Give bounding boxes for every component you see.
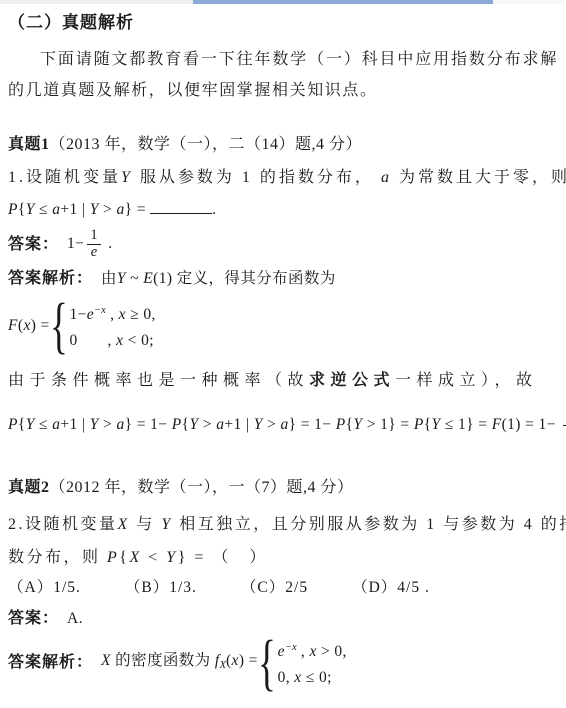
q2-option-b: （B）1/3.: [125, 577, 197, 599]
q1-dist-lhs: F(x) =: [8, 317, 50, 335]
q2-answer-value: A.: [67, 607, 83, 630]
top-edge-accent-bar: [193, 0, 493, 4]
left-brace-glyph: {: [258, 638, 276, 688]
q1-analysis-lead: 由Y ~ E(1) 定义，得其分布函数为: [101, 267, 336, 290]
q2-stem-line-1: 2.设随机变量X 与 Y 相互独立，且分别服从参数为 1 与参数为 4 的指: [8, 508, 558, 541]
q2-cases-group: { e−x , x > 0, 0, x ≤ 0;: [258, 635, 347, 691]
q2-case-row-2: 0, x ≤ 0;: [278, 665, 347, 691]
q2-header: 真题2（2012 年，数学（一），一（7）题,4 分）: [8, 476, 558, 499]
window-top-edge: [0, 0, 566, 4]
q1-answer-label: 答案：: [8, 233, 59, 256]
q1-distribution-function: F(x) = { 1−e−x , x ≥ 0, 0 , x < 0;: [8, 298, 558, 354]
q2-option-c: （C）2/5: [241, 577, 308, 599]
top-edge-left: [0, 0, 193, 4]
q1-source: （2013 年，数学（一），二（14）题,4 分）: [50, 136, 363, 153]
q2-stem: 2.设随机变量X 与 Y 相互独立，且分别服从参数为 1 与参数为 4 的指 数…: [8, 508, 558, 574]
q1-case-row-1: 1−e−x , x ≥ 0,: [69, 298, 155, 328]
q2-case-rows: e−x , x > 0, 0, x ≤ 0;: [278, 635, 347, 691]
intro-paragraph: 下面请随文都教育看一下往年数学（一）科目中应用指数分布求解的几道真题及解析，以便…: [8, 44, 558, 106]
q2-answer-label: 答案：: [8, 607, 59, 630]
q2-analysis-label: 答案解析：: [8, 651, 93, 674]
q2-answer-line: 答案： A.: [8, 607, 558, 630]
q1-case-rows: 1−e−x , x ≥ 0, 0 , x < 0;: [69, 298, 155, 354]
q2-stem-line-2: 数分布，则 P{X < Y} = （ ）: [8, 541, 558, 574]
section-title: （二）真题解析: [8, 11, 558, 35]
q2-option-a: （A）1/5.: [8, 577, 81, 599]
q1-stem: 1.设随机变量Y 服从参数为 1 的指数分布， a 为常数且大于零，则: [8, 166, 558, 189]
q1-answer-line: 答案： 1−1e .: [8, 228, 558, 261]
q2-source: （2012 年，数学（一），一（7）题,4 分）: [50, 479, 354, 496]
q1-analysis-label: 答案解析：: [8, 267, 93, 290]
q1-derivation-formula: P{Y ≤ a+1 | Y > a} = 1− P{Y > a+1 | Y > …: [8, 409, 558, 442]
q2-options-row: （A）1/5. （B）1/3. （C）2/5 （D）4/5 .: [8, 577, 558, 599]
q1-tag: 真题1: [8, 136, 50, 153]
q2-tag: 真题2: [8, 479, 50, 496]
q2-analysis-line: 答案解析： X 的密度函数为 fX(x) = { e−x , x > 0, 0,…: [8, 635, 558, 691]
q2-option-d: （D）4/5 .: [352, 577, 430, 599]
top-edge-right: [493, 0, 566, 4]
q1-answer-value: 1−1e .: [67, 228, 113, 261]
left-brace-glyph: {: [50, 301, 68, 351]
q1-analysis-line: 答案解析： 由Y ~ E(1) 定义，得其分布函数为: [8, 267, 558, 290]
document-page: （二）真题解析 下面请随文都教育看一下往年数学（一）科目中应用指数分布求解的几道…: [0, 11, 566, 691]
q1-note: 由于条件概率也是一种概率（故求逆公式一样成立），故: [8, 369, 558, 393]
q1-cases-group: { 1−e−x , x ≥ 0, 0 , x < 0;: [50, 298, 156, 354]
q1-case-row-2: 0 , x < 0;: [69, 328, 155, 354]
q1-header: 真题1（2013 年，数学（一），二（14）题,4 分）: [8, 133, 558, 156]
q1-blank-formula: P{Y ≤ a+1 | Y > a} = .: [8, 198, 558, 222]
q2-density-lhs: X 的密度函数为 fX(x) =: [101, 649, 258, 677]
q2-case-row-1: e−x , x > 0,: [278, 635, 347, 665]
